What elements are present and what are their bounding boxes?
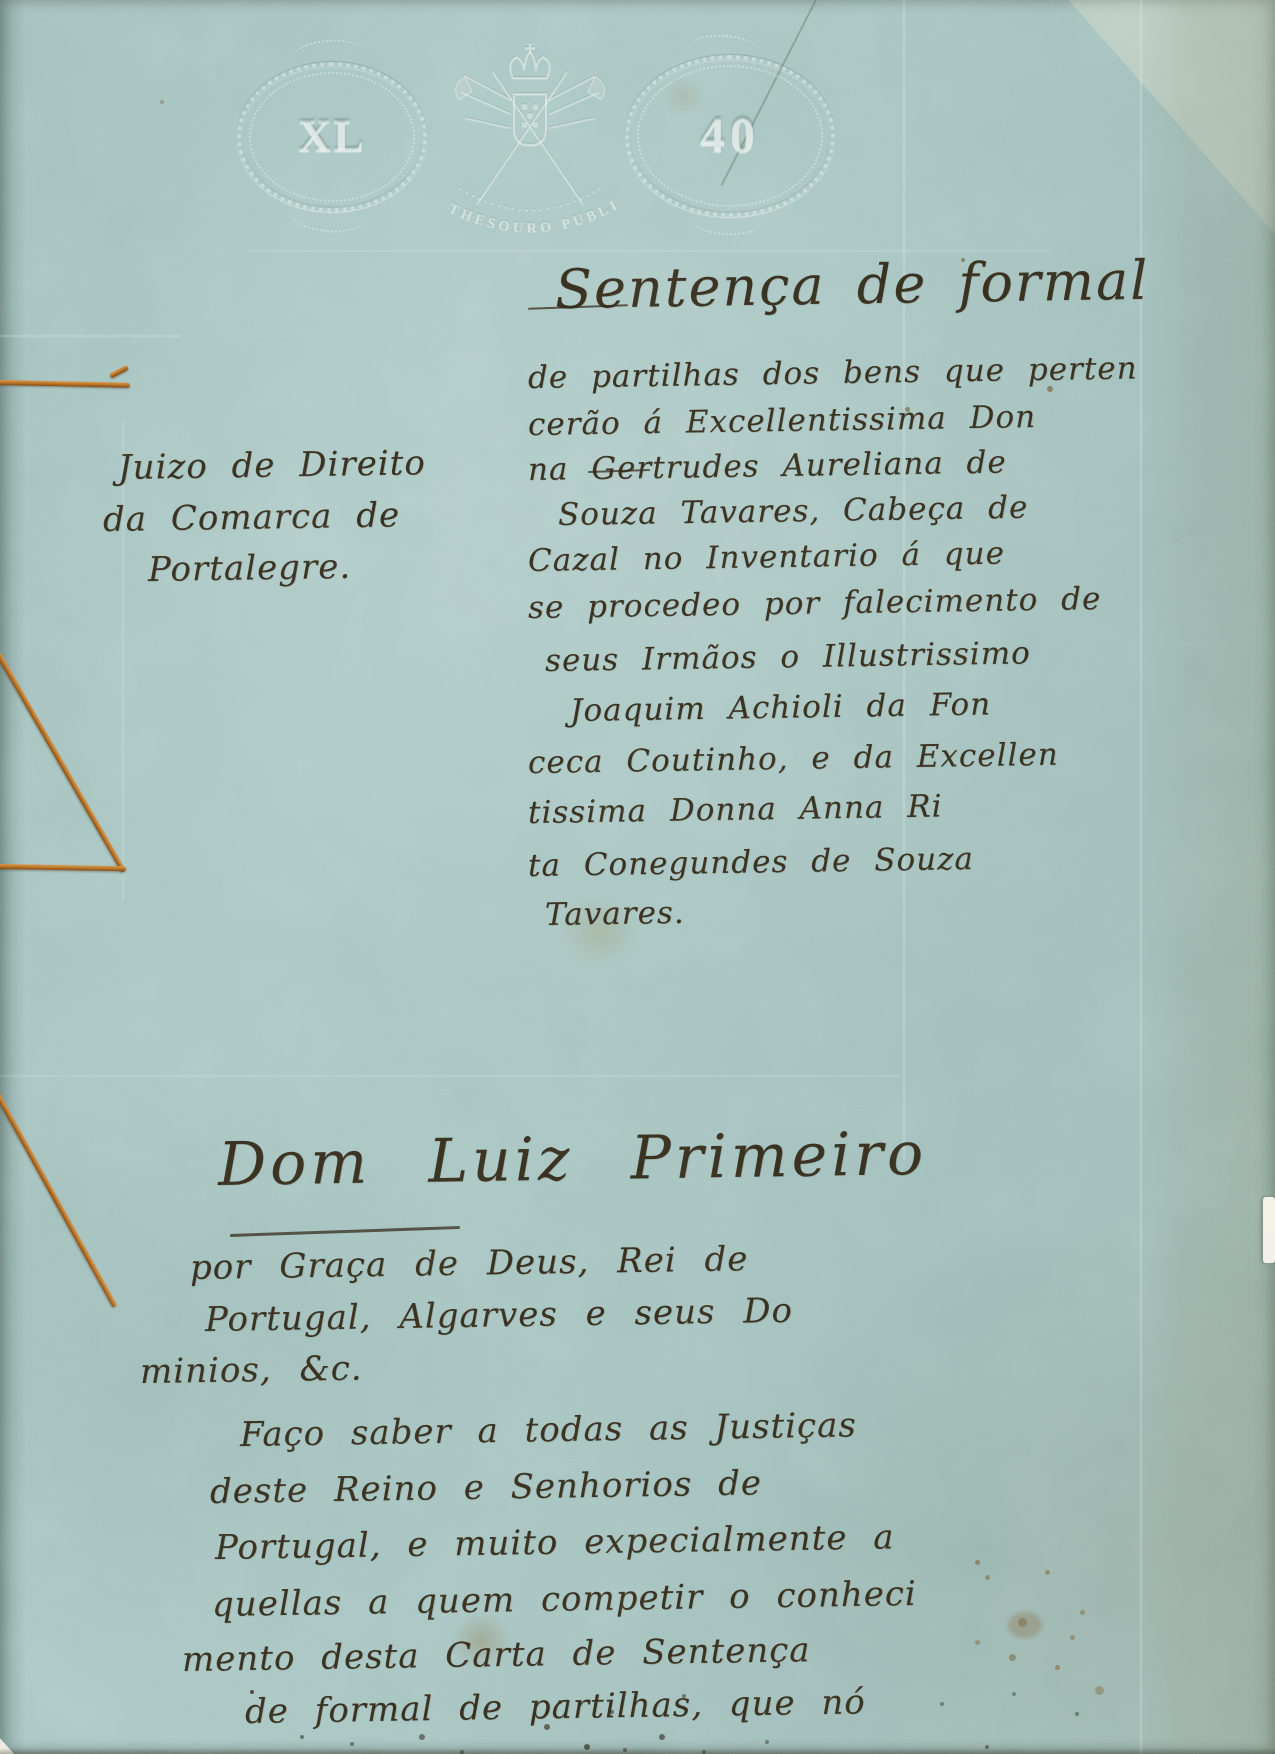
margin-note-line: Juizo de Direito (118, 443, 426, 488)
manuscript-page: XL (0, 0, 1275, 1754)
body-line: deste Reino e Senhorios de (210, 1463, 763, 1512)
body-line: Faço saber a todas as Justiças (240, 1405, 857, 1455)
royal-heading-line: minios, &c. (140, 1349, 363, 1392)
title-line: seus Irmãos o Illustrissimo (545, 635, 1031, 679)
right-fold-band (1137, 0, 1275, 1754)
title-line: tissima Donna Anna Ri (528, 788, 943, 831)
royal-heading-line: Dom Luiz Primeiro (217, 1119, 927, 1200)
foxing-spots (975, 1560, 980, 1565)
title-line: Cazal no Inventario á que (528, 536, 1005, 579)
speck (160, 100, 164, 104)
laurel-arc-icon (460, 188, 600, 210)
embossed-stamp-right: 40 (625, 55, 835, 217)
flags-icon (456, 72, 605, 204)
stamp-oval-ring (249, 72, 415, 202)
stain (660, 75, 708, 119)
margin-note-line: da Comarca de (103, 495, 401, 540)
laurel-sprig-icon (689, 205, 761, 238)
royal-heading-line: por Graça de Deus, Rei de (190, 1239, 749, 1288)
crease-line (0, 1075, 900, 1077)
crease-line (903, 0, 905, 1160)
stamp-oval-ring (237, 62, 427, 212)
title-line: Tavares. (545, 895, 685, 933)
embossed-stamp-left: XL (237, 62, 427, 212)
crack-line (721, 0, 820, 186)
laurel-sprig-icon (689, 33, 761, 66)
stamp-oval-ring (637, 65, 823, 207)
embossed-coat-of-arms: THESOURO PUBLICO (415, 36, 645, 254)
title-line: ceca Coutinho, e da Excellen (528, 737, 1059, 781)
body-line: de formal de partilhas, que nó (245, 1682, 866, 1732)
stamp-value-roman: XL (237, 108, 427, 161)
stamp-value-numeric: 40 (625, 105, 835, 163)
pen-flourish (230, 1226, 460, 1237)
laurel-sprig-icon (291, 36, 364, 71)
laurel-sprig-icon (291, 200, 364, 235)
crease-line (0, 335, 180, 337)
left-edge-shadow (0, 0, 26, 1754)
stain (1008, 1612, 1042, 1638)
crease-line (122, 420, 124, 900)
body-line: quellas a quem competir o conheci (212, 1574, 917, 1625)
margin-note-line: Portalegre. (148, 547, 352, 590)
title-line: na Gertrudes Aureliana de (528, 444, 1007, 488)
body-line: mento desta Carta de Sentença (182, 1630, 811, 1680)
title-line: cerão á Excellentissima Don (528, 399, 1037, 443)
stamp-motto: THESOURO PUBLICO (415, 36, 623, 236)
title-line: Souza Tavares, Cabeça de (558, 490, 1029, 533)
body-line: Portugal, e muito expecialmente a (215, 1517, 895, 1568)
scanner-backing-notch (1263, 1197, 1275, 1263)
title-line: ta Conegundes de Souza (528, 841, 974, 884)
coat-of-arms-icon: THESOURO PUBLICO (415, 36, 645, 254)
page-bottom-edge (0, 1748, 1275, 1754)
title-line: Joaquim Achioli da Fon (570, 686, 992, 729)
royal-heading-line: Portugal, Algarves e seus Do (205, 1291, 794, 1340)
title-line: se procedeo por falecimento de (528, 581, 1102, 626)
binding-thread (109, 365, 129, 379)
stamp-oval-ring (625, 55, 835, 217)
shield-icon (514, 94, 546, 145)
title-line: Sentença de formal (555, 249, 1150, 321)
crown-icon (510, 43, 549, 78)
